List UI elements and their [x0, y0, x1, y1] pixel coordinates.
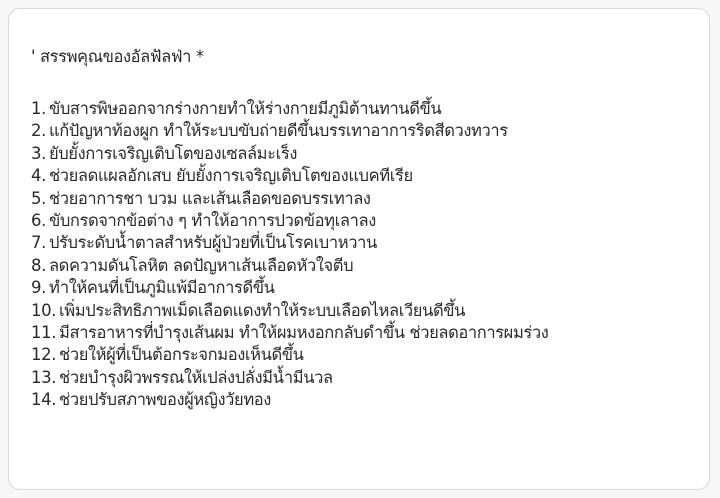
item-number: 13. — [31, 368, 56, 387]
item-text: ยับยั้งการเจริญเติบโตของเซลล์มะเร็ง — [49, 144, 297, 163]
item-text: ช่วยลดแผลอักเสบ ยับยั้งการเจริญเติบโตของ… — [49, 166, 413, 185]
item-text: ขับกรดจากข้อต่าง ๆ ทำให้อาการปวดข้อทุเลา… — [49, 211, 376, 230]
item-number: 3. — [31, 144, 46, 163]
card-content: ' สรรพคุณของอัลฟัลฟ่า * 1.ขับสารพิษออกจา… — [31, 43, 204, 71]
benefits-list: 1.ขับสารพิษออกจากร่างกายทำให้ร่างกายมีภู… — [31, 98, 548, 411]
item-number: 11. — [31, 323, 56, 342]
list-item: 7.ปรับระดับน้ำตาลสำหรับผู้ป่วยที่เป็นโรค… — [31, 232, 548, 254]
list-item: 8.ลดความดันโลหิต ลดปัญหาเส้นเลือดหัวใจตี… — [31, 255, 548, 277]
item-text: ลดความดันโลหิต ลดปัญหาเส้นเลือดหัวใจตีบ — [49, 256, 353, 275]
item-text: ช่วยบำรุงผิวพรรณให้เปล่งปลั่งมีน้ำมีนวล — [59, 368, 333, 387]
list-item: 11.มีสารอาหารที่บำรุงเส้นผม ทำให้ผมหงอกก… — [31, 322, 548, 344]
item-text: ทำให้คนที่เป็นภูมิแพ้มีอาการดีขึ้น — [49, 278, 275, 297]
list-item: 9.ทำให้คนที่เป็นภูมิแพ้มีอาการดีขึ้น — [31, 277, 548, 299]
item-number: 6. — [31, 211, 46, 230]
item-text: ช่วยให้ผู้ที่เป็นต้อกระจกมองเห็นดีขึ้น — [59, 345, 304, 364]
list-item: 12.ช่วยให้ผู้ที่เป็นต้อกระจกมองเห็นดีขึ้… — [31, 344, 548, 366]
list-item: 4.ช่วยลดแผลอักเสบ ยับยั้งการเจริญเติบโตข… — [31, 165, 548, 187]
item-number: 9. — [31, 278, 46, 297]
item-text: ช่วยปรับสภาพของผู้หญิงวัยทอง — [59, 390, 271, 409]
list-item: 13.ช่วยบำรุงผิวพรรณให้เปล่งปลั่งมีน้ำมีน… — [31, 367, 548, 389]
list-item: 3.ยับยั้งการเจริญเติบโตของเซลล์มะเร็ง — [31, 143, 548, 165]
benefits-card: ' สรรพคุณของอัลฟัลฟ่า * 1.ขับสารพิษออกจา… — [8, 8, 710, 490]
list-item: 5.ช่วยอาการชา บวม และเส้นเลือดขอดบรรเทาล… — [31, 188, 548, 210]
item-number: 12. — [31, 345, 56, 364]
item-text: เพิ่มประสิทธิภาพเม็ดเลือดแดงทำให้ระบบเลื… — [59, 301, 465, 320]
item-number: 1. — [31, 99, 46, 118]
item-text: ขับสารพิษออกจากร่างกายทำให้ร่างกายมีภูมิ… — [49, 99, 441, 118]
list-item: 10.เพิ่มประสิทธิภาพเม็ดเลือดแดงทำให้ระบบ… — [31, 300, 548, 322]
item-number: 10. — [31, 301, 56, 320]
list-item: 14.ช่วยปรับสภาพของผู้หญิงวัยทอง — [31, 389, 548, 411]
item-number: 5. — [31, 189, 46, 208]
item-text: ช่วยอาการชา บวม และเส้นเลือดขอดบรรเทาลง — [49, 189, 371, 208]
item-number: 2. — [31, 121, 46, 140]
list-item: 6.ขับกรดจากข้อต่าง ๆ ทำให้อาการปวดข้อทุเ… — [31, 210, 548, 232]
item-text: มีสารอาหารที่บำรุงเส้นผม ทำให้ผมหงอกกลับ… — [59, 323, 548, 342]
item-number: 8. — [31, 256, 46, 275]
item-number: 14. — [31, 390, 56, 409]
item-text: แก้ปัญหาท้องผูก ทำให้ระบบขับถ่ายดีขึ้นบร… — [49, 121, 508, 140]
item-number: 4. — [31, 166, 46, 185]
item-text: ปรับระดับน้ำตาลสำหรับผู้ป่วยที่เป็นโรคเบ… — [49, 233, 377, 252]
card-title: ' สรรพคุณของอัลฟัลฟ่า * — [31, 43, 204, 71]
item-number: 7. — [31, 233, 46, 252]
list-item: 2.แก้ปัญหาท้องผูก ทำให้ระบบขับถ่ายดีขึ้น… — [31, 120, 548, 142]
list-item: 1.ขับสารพิษออกจากร่างกายทำให้ร่างกายมีภู… — [31, 98, 548, 120]
